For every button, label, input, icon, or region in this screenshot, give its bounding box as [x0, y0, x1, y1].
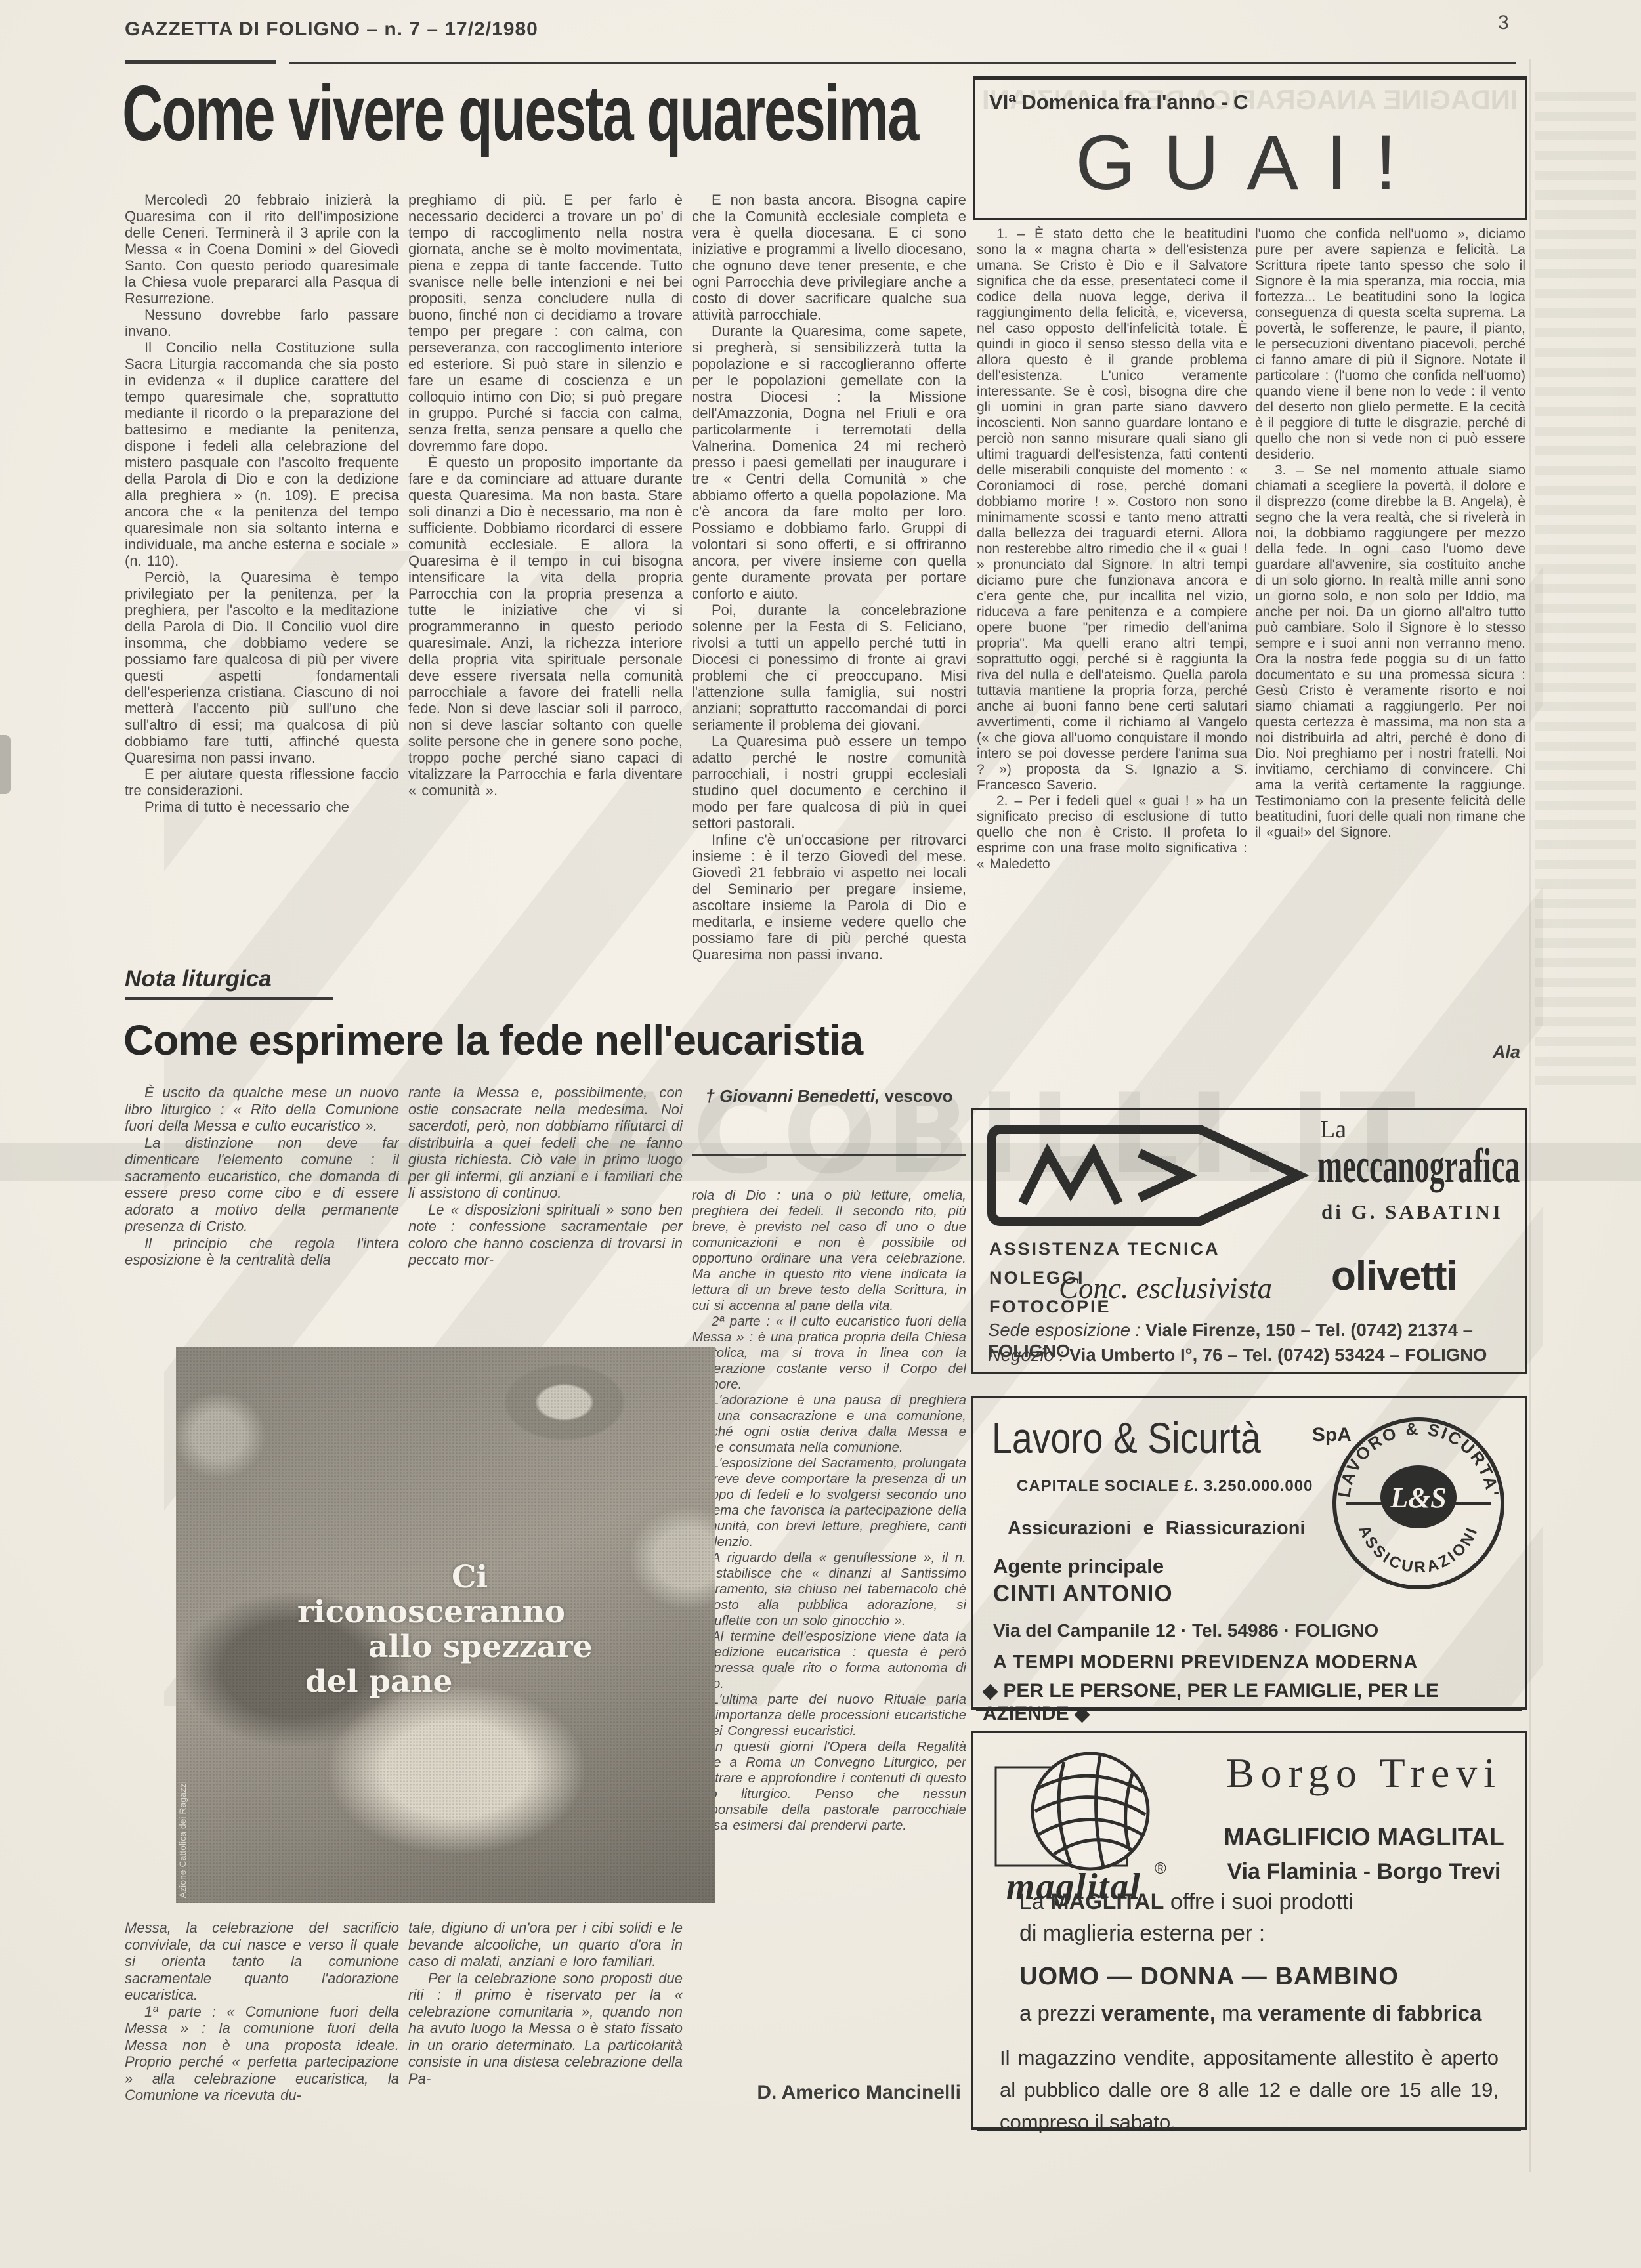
- paragraph: preghiamo di più. E per farlo è necessar…: [408, 192, 683, 454]
- paragraph: La distinzione non deve far dimenticare …: [125, 1135, 399, 1235]
- paragraph: 2ª parte : « Il culto eucaristico fuori …: [692, 1314, 966, 1393]
- section-divider: [692, 1154, 966, 1156]
- mec-owner: di G. SABATINI: [1321, 1200, 1503, 1224]
- lead-column-2: preghiamo di più. E per farlo è necessar…: [408, 192, 683, 959]
- paragraph: In questi giorni l'Opera della Regalità …: [692, 1739, 966, 1834]
- paragraph: A riguardo della « genuflessione », il n…: [692, 1550, 966, 1629]
- mec-dealer: Conc. esclusivista: [1059, 1271, 1272, 1305]
- scan-edge-mark: [0, 735, 11, 794]
- mec-address-2-label: Negozio :: [988, 1345, 1064, 1365]
- paragraph: L'ultima parte del nuovo Rituale parla d…: [692, 1692, 966, 1739]
- maglital-address: Via Flaminia - Borgo Trevi: [1216, 1859, 1512, 1885]
- registered-mark-icon: ®: [1155, 1860, 1166, 1878]
- price-part-bold: veramente di fabbrica: [1258, 2001, 1481, 2025]
- bleedthrough-right-strip: [1535, 92, 1636, 1089]
- lavoro-sicurta-ad: Lavoro & SicurtàSpA CAPITALE SOCIALE £. …: [971, 1396, 1527, 1710]
- paragraph: Poi, durante la concelebrazione solenne …: [692, 602, 966, 733]
- maglital-offer-line2: di maglieria esterna per :: [1019, 1921, 1265, 1946]
- olivetti-logo-text: olivetti: [1331, 1253, 1457, 1299]
- offer-bold: MAGLITAL: [1050, 1889, 1164, 1914]
- maglital-targets: UOMO — DONNA — BAMBINO: [1019, 1963, 1399, 1991]
- price-part: ma: [1216, 2001, 1258, 2025]
- mec-brand: meccanografica: [1317, 1139, 1641, 1194]
- page-number: 3: [1498, 12, 1509, 34]
- lavoro-slogan-2: ◆ PER LE PERSONE, PER LE FAMIGLIE, PER L…: [983, 1679, 1525, 1725]
- liturgy-column-1-bottom: Messa, la celebrazione del sacrificio co…: [125, 1920, 399, 2130]
- paragraph: E non basta ancora. Bisogna capire che l…: [692, 192, 966, 323]
- lavoro-seal-bottom-text: ASSICURAZIONI: [1355, 1523, 1481, 1577]
- masthead-rule: [289, 62, 1516, 64]
- maglital-factory: MAGLIFICIO MAGLITAL: [1216, 1824, 1512, 1852]
- lead-signature-name: † Giovanni Benedetti,: [705, 1086, 880, 1106]
- offer-pre: La: [1019, 1889, 1050, 1914]
- liturgy-kicker-underline: [125, 997, 333, 1000]
- paragraph: È uscito da qualche mese un nuovo libro …: [125, 1084, 399, 1135]
- paragraph: 3. – Se nel momento attuale siamo chiama…: [1255, 463, 1525, 841]
- paragraph: rante la Messa e, possibilmente, con ost…: [408, 1084, 683, 1202]
- maglital-ad: maglital ® Borgo Trevi MAGLIFICIO MAGLIT…: [971, 1731, 1527, 2130]
- sunday-signature: Ala: [1255, 1042, 1520, 1062]
- maglital-price-line: a prezzi veramente, ma veramente di fabb…: [1019, 2001, 1481, 2026]
- mec-address-1-label: Sede esposizione :: [988, 1320, 1140, 1340]
- liturgy-column-2-top: rante la Messa e, possibilmente, con ost…: [408, 1084, 683, 1358]
- paragraph: rola di Dio : una o più letture, omelia,…: [692, 1188, 966, 1314]
- lavoro-seal-icon: L&S LAVORO & SICURTA' ASSICURAZIONI: [1320, 1405, 1517, 1602]
- liturgy-column-1-top: È uscito da qualche mese un nuovo libro …: [125, 1084, 399, 1341]
- liturgy-column-3: rola di Dio : una o più letture, omelia,…: [692, 1188, 966, 2067]
- lavoro-agent: CINTI ANTONIO: [993, 1581, 1173, 1607]
- paragraph: Infine c'è un'occasione per ritrovarci i…: [692, 831, 966, 963]
- sunday-kicker: VIª Domenica fra l'anno - C: [989, 91, 1248, 114]
- paragraph: Durante la Quaresima, come sapete, si pr…: [692, 323, 966, 602]
- price-part: a prezzi: [1019, 2001, 1101, 2025]
- liturgy-column-2-bottom: tale, digiuno di un'ora per i cibi solid…: [408, 1920, 683, 2182]
- lead-column-1: Mercoledì 20 febbraio inizierà la Quares…: [125, 192, 399, 884]
- sunday-title: GUAI!: [975, 118, 1525, 207]
- lavoro-slogan-1: A TEMPI MODERNI PREVIDENZA MODERNA: [993, 1652, 1418, 1673]
- lavoro-seal-monogram: L&S: [1390, 1482, 1447, 1514]
- paragraph: L'esposizione del Sacramento, prolungata…: [692, 1456, 966, 1550]
- paragraph: E per aiutare questa riflessione faccio …: [125, 766, 399, 799]
- liturgy-kicker: Nota liturgica: [125, 966, 272, 992]
- paragraph: Mercoledì 20 febbraio inizierà la Quares…: [125, 192, 399, 306]
- paragraph: L'adorazione è una pausa di preghiera tr…: [692, 1393, 966, 1456]
- meccanografica-ad: La meccanografica di G. SABATINI ASSISTE…: [971, 1108, 1527, 1374]
- price-part-bold: veramente,: [1101, 2001, 1216, 2025]
- service-line: ASSISTENZA TECNICA: [989, 1234, 1220, 1263]
- liturgy-signature: D. Americo Mancinelli: [692, 2082, 961, 2104]
- photo-caption-line: allo spezzare: [297, 1629, 593, 1664]
- paragraph: Per la celebrazione sono proposti due ri…: [408, 1970, 683, 2088]
- liturgy-headline: Come esprimere la fede nell'eucaristia: [123, 1016, 863, 1064]
- paragraph: Il Concilio nella Costituzione sulla Sac…: [125, 339, 399, 569]
- maglital-title: Borgo Trevi: [1216, 1749, 1512, 1797]
- photo-caption-line: del pane: [297, 1664, 593, 1699]
- maglital-offer-line1: La MAGLITAL offre i suoi prodotti: [1019, 1889, 1353, 1915]
- offer-post: offre i suoi prodotti: [1164, 1889, 1353, 1914]
- masthead-rule-left: [125, 60, 276, 64]
- paragraph: È questo un proposito importante da fare…: [408, 454, 683, 799]
- paragraph: tale, digiuno di un'ora per i cibi solid…: [408, 1920, 683, 1970]
- svg-text:ASSICURAZIONI: ASSICURAZIONI: [1355, 1523, 1481, 1577]
- paragraph: Messa, la celebrazione del sacrificio co…: [125, 1920, 399, 2004]
- paragraph: Nessuno dovrebbe farlo passare invano.: [125, 306, 399, 339]
- bread-breaking-photo: Ci riconosceranno allo spezzare del pane…: [176, 1347, 715, 1903]
- lead-signature-role: vescovo: [880, 1086, 952, 1106]
- lavoro-title: Lavoro & SicurtàSpA: [992, 1413, 1352, 1463]
- lavoro-agent-label: Agente principale: [993, 1555, 1164, 1578]
- sunday-column-2: l'uomo che confida nell'uomo », diciamo …: [1255, 226, 1525, 1037]
- newspaper-page: IACOBILLI.IT GAZZETTA DI FOLIGNO – n. 7 …: [0, 0, 1641, 2268]
- lavoro-address: Via del Campanile 12 · Tel. 54986 · FOLI…: [993, 1620, 1378, 1641]
- sunday-box: INDAGINE ANAGRAFICA DEGLI ANZIANI VIª Do…: [973, 76, 1527, 220]
- maglital-yarn-logo-icon: maglital ®: [992, 1742, 1202, 1906]
- paragraph: 1ª parte : « Comunione fuori della Messa…: [125, 2004, 399, 2104]
- sunday-column-1: 1. – È stato detto che le beatitudini so…: [977, 226, 1247, 1080]
- paragraph: 2. – Per i fedeli quel « guai ! » ha un …: [977, 793, 1247, 872]
- paragraph: l'uomo che confida nell'uomo », diciamo …: [1255, 226, 1525, 463]
- lavoro-title-text: Lavoro & Sicurtà: [992, 1413, 1261, 1463]
- paragraph: Al termine dell'esposizione viene data l…: [692, 1629, 966, 1692]
- lead-signature: † Giovanni Benedetti, vescovo: [692, 1086, 966, 1106]
- paragraph: 1. – È stato detto che le beatitudini so…: [977, 226, 1247, 793]
- paragraph: Il principio che regola l'intera esposiz…: [125, 1235, 399, 1269]
- paragraph: Perciò, la Quaresima è tempo privilegiat…: [125, 569, 399, 766]
- meccanografica-logo-icon: [985, 1122, 1313, 1230]
- mec-address-2-text: Via Umberto I°, 76 – Tel. (0742) 53424 –…: [1064, 1345, 1487, 1365]
- maglital-note: Il magazzino vendite, appositamente alle…: [1000, 2042, 1499, 2138]
- lead-headline-text: Come vivere questa quaresima: [122, 68, 918, 159]
- photo-caption-line: riconosceranno: [297, 1595, 593, 1629]
- masthead: GAZZETTA DI FOLIGNO – n. 7 – 17/2/1980: [125, 18, 538, 41]
- mec-brand-text: meccanografica: [1317, 1139, 1520, 1194]
- mec-address-2: Negozio : Via Umberto I°, 76 – Tel. (074…: [988, 1345, 1487, 1366]
- paragraph: Prima di tutto è necessario che: [125, 799, 399, 815]
- photo-caption-line: Ci: [297, 1560, 593, 1595]
- photo-caption: Ci riconosceranno allo spezzare del pane: [297, 1560, 593, 1699]
- paragraph: Le « disposizioni spirituali » sono ben …: [408, 1202, 683, 1269]
- lavoro-capital: CAPITALE SOCIALE £. 3.250.000.000: [1017, 1477, 1313, 1496]
- lead-column-3: E non basta ancora. Bisogna capire che l…: [692, 192, 966, 1064]
- fold-line: [1529, 59, 1531, 2172]
- paragraph: La Quaresima può essere un tempo adatto …: [692, 733, 966, 831]
- lavoro-line1: Assicurazioni e Riassicurazioni: [1008, 1518, 1306, 1540]
- photo-credit: Azione Cattolica dei Ragazzi: [177, 1781, 188, 1898]
